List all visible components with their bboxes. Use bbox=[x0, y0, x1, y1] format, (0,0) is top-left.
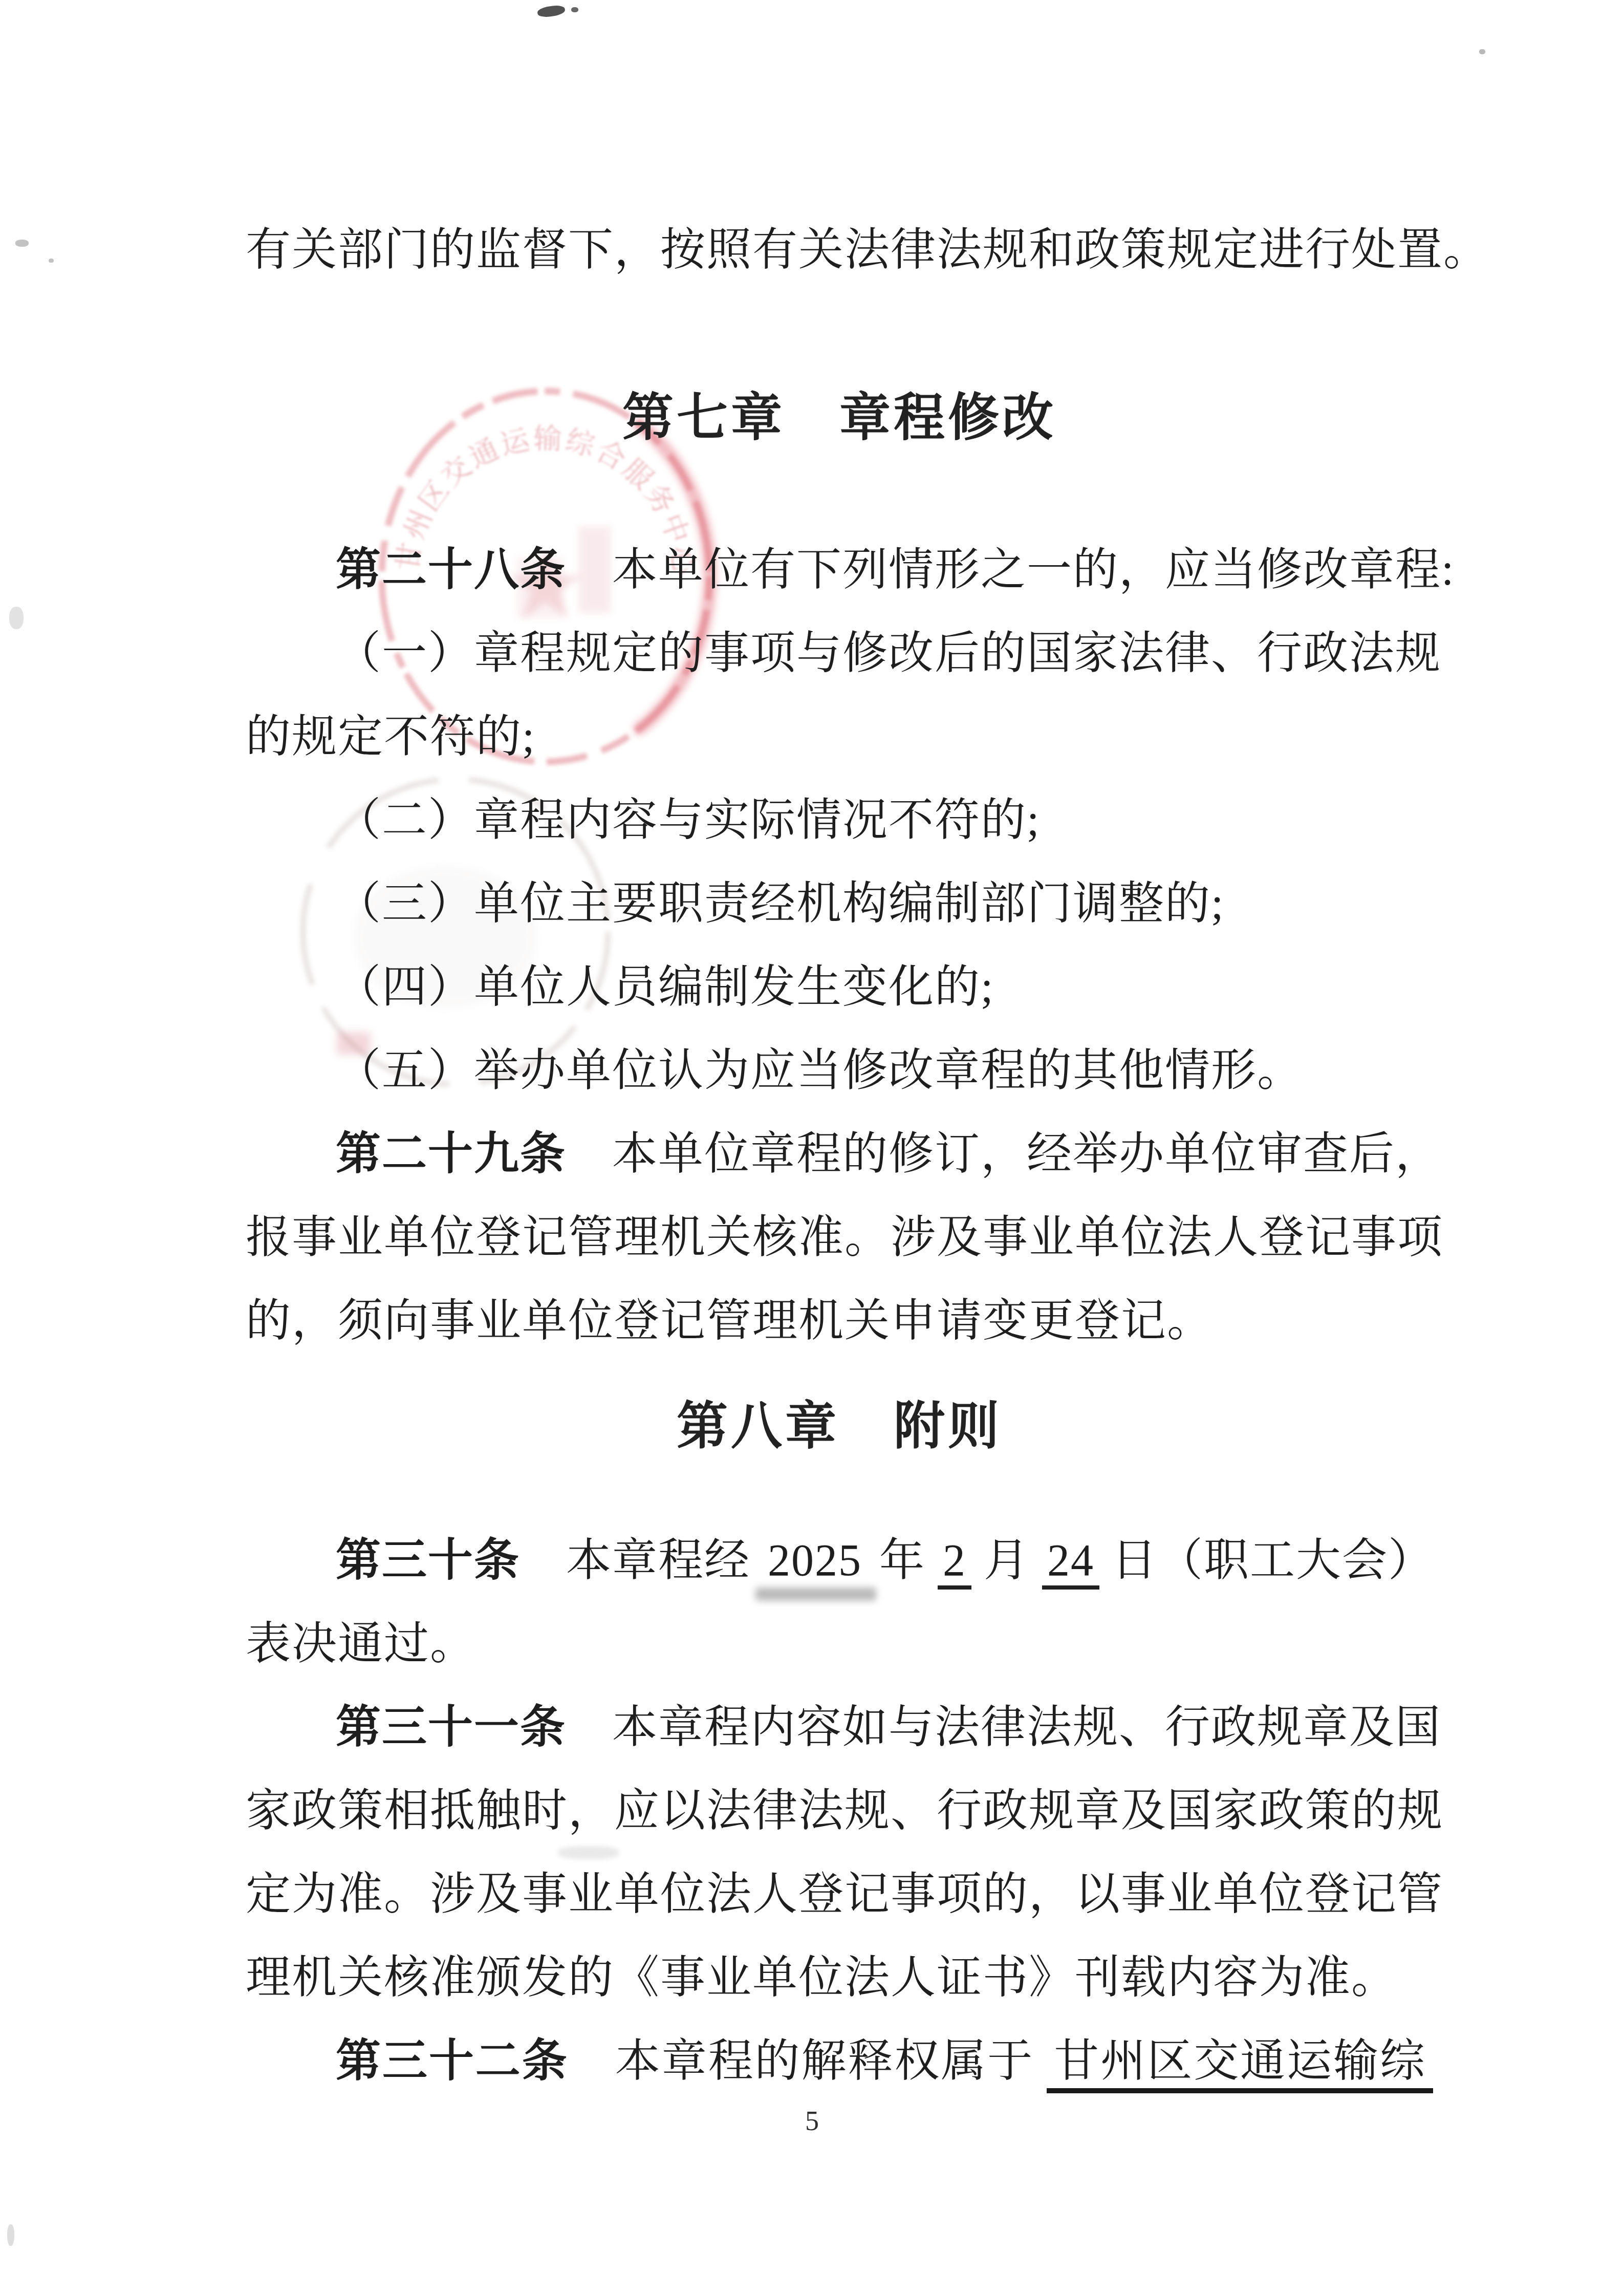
article-30-post-text: 日（职工大会） bbox=[1099, 1536, 1434, 1585]
article-28-label: 第二十八条 bbox=[336, 545, 566, 595]
body-line-continuation: 有关部门的监督下，按照有关法律法规和政策规定进行处置。 bbox=[246, 225, 1433, 276]
article-29-label: 第二十九条 bbox=[336, 1129, 566, 1179]
article-32-label: 第三十二条 bbox=[336, 2036, 569, 2086]
article-28-line: 第二十八条 本单位有下列情形之一的，应当修改章程: bbox=[246, 545, 1433, 596]
article-31-line-3: 定为准。涉及事业单位法人登记事项的，以事业单位登记管 bbox=[246, 1870, 1433, 1920]
noise-speck bbox=[15, 240, 29, 247]
article-31-label: 第三十一条 bbox=[336, 1703, 566, 1752]
item-4-line: （四）单位人员编制发生变化的; bbox=[246, 962, 1433, 1013]
noise-speck bbox=[1479, 49, 1485, 54]
article-29-line-2: 报事业单位登记管理机关核准。涉及事业单位法人登记事项 bbox=[246, 1213, 1433, 1263]
scanned-charter-page: 甘州区交通运输综合服务中心 ★ 有关部门的监督下，按照有关法律法规和政策规定进行… bbox=[0, 0, 1624, 2296]
article-31-line-2: 家政策相抵触时，应以法律法规、行政规章及国家政策的规 bbox=[246, 1786, 1433, 1837]
article-30-label: 第三十条 bbox=[336, 1536, 520, 1585]
noise-speck bbox=[7, 2224, 14, 2246]
item-1-line-2: 的规定不符的; bbox=[246, 712, 1433, 763]
item-5-line: （五）举办单位认为应当修改章程的其他情形。 bbox=[246, 1046, 1433, 1097]
article-31-line-1: 第三十一条 本章程内容如与法律法规、行政规章及国 bbox=[246, 1703, 1433, 1753]
article-30-line-2: 表决通过。 bbox=[246, 1619, 1433, 1670]
page-number: 5 bbox=[0, 2105, 1624, 2137]
article-30-day-value: 24 bbox=[1042, 1536, 1099, 1590]
article-29-line-3: 的，须向事业单位登记管理机关申请变更登记。 bbox=[246, 1296, 1433, 1347]
article-32-line: 第三十二条 本章程的解释权属于 甘州区交通运输综 bbox=[246, 2036, 1433, 2087]
noise-speck bbox=[49, 259, 54, 263]
article-32-pre-text: 本章程的解释权属于 bbox=[569, 2036, 1047, 2086]
item-1-line-1: （一）章程规定的事项与修改后的国家法律、行政法规 bbox=[246, 629, 1433, 679]
article-29-line-1: 第二十九条 本单位章程的修订，经举办单位审查后， bbox=[246, 1129, 1433, 1180]
article-30-year-unit: 年 bbox=[867, 1536, 938, 1585]
article-32-blank-value: 甘州区交通运输综 bbox=[1047, 2036, 1433, 2093]
noise-speck bbox=[558, 1846, 619, 1859]
article-30-line-1: 第三十条 本章程经 2025 年 2 月 24 日（职工大会） bbox=[246, 1536, 1433, 1586]
article-30-month-unit: 月 bbox=[971, 1536, 1042, 1585]
item-2-line: （二）章程内容与实际情况不符的; bbox=[246, 796, 1433, 846]
article-31-text: 本章程内容如与法律法规、行政规章及国 bbox=[566, 1703, 1441, 1752]
article-28-text: 本单位有下列情形之一的，应当修改章程: bbox=[566, 545, 1455, 595]
article-31-line-4: 理机关核准颁发的《事业单位法人证书》刊载内容为准。 bbox=[246, 1953, 1433, 2004]
article-30-month-value: 2 bbox=[938, 1536, 971, 1590]
noise-speck bbox=[9, 607, 24, 629]
chapter-7-heading: 第七章 章程修改 bbox=[246, 389, 1433, 446]
chapter-8-heading: 第八章 附则 bbox=[246, 1398, 1433, 1455]
article-30-pre-text: 本章程经 bbox=[520, 1536, 763, 1585]
item-3-line: （三）单位主要职责经机构编制部门调整的; bbox=[246, 879, 1433, 930]
noise-speck bbox=[537, 4, 566, 18]
article-29-text: 本单位章程的修订，经举办单位审查后， bbox=[566, 1129, 1441, 1179]
noise-speck bbox=[571, 7, 578, 12]
article-30-year-value: 2025 bbox=[763, 1536, 867, 1585]
